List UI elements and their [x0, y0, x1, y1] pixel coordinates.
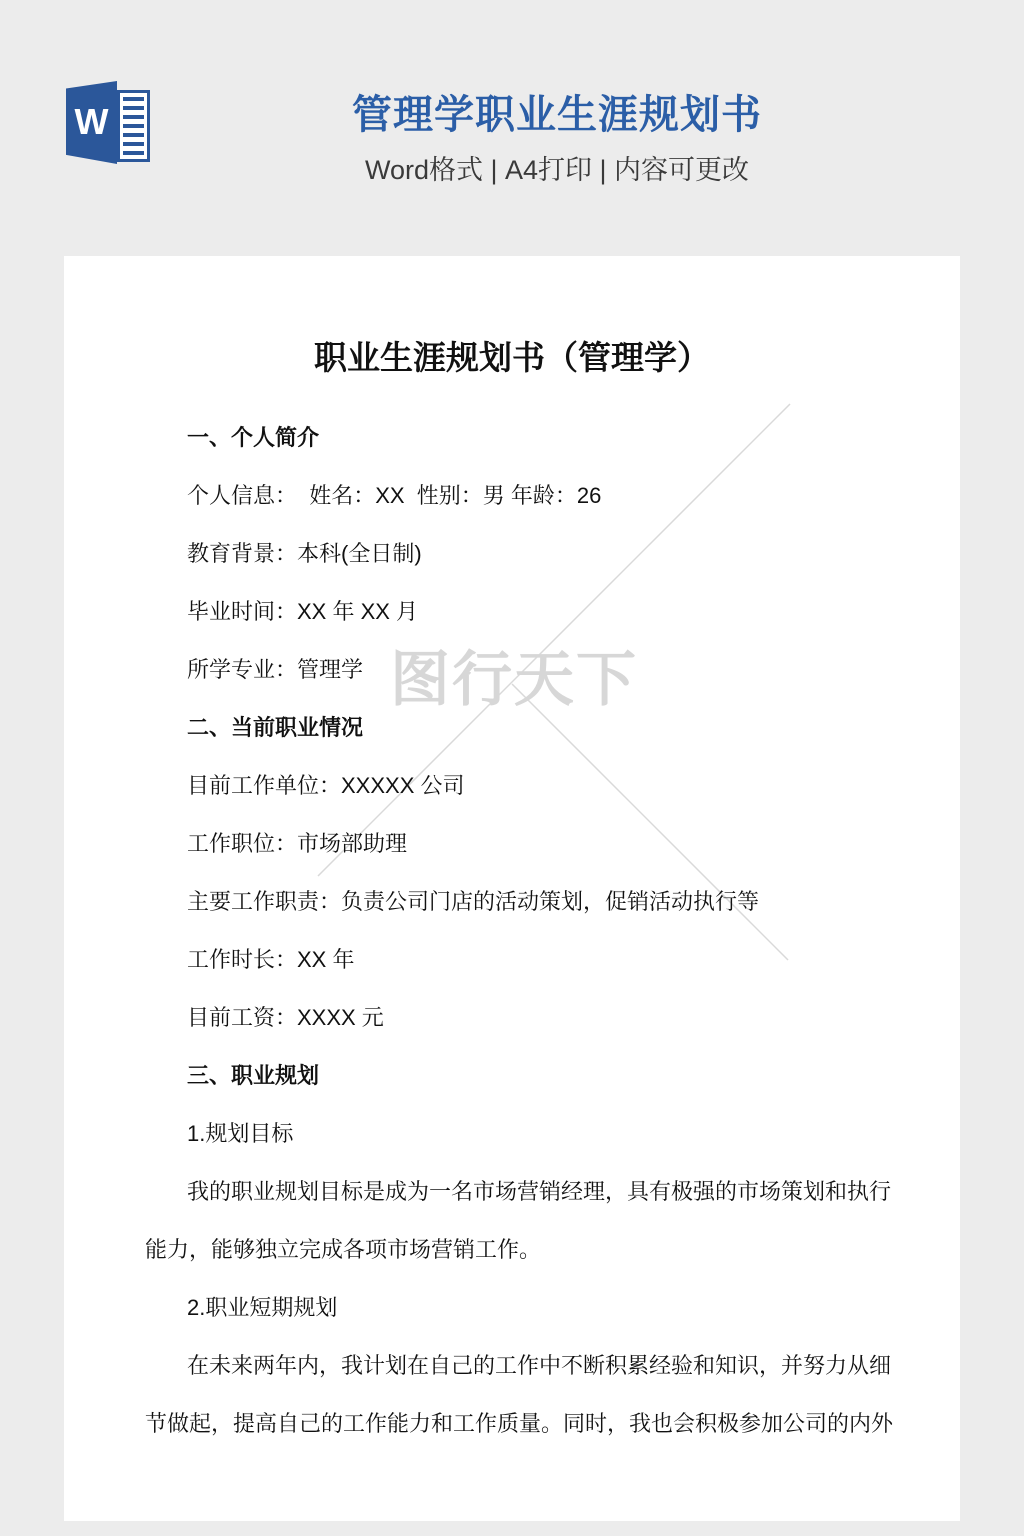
field-employer: 目前工作单位：XXXXX 公司 — [145, 757, 935, 815]
template-title: 管理学职业生涯规划书 — [90, 92, 1024, 138]
paragraph-short-term-plan: 在未来两年内，我计划在自己的工作中不断积累经验和知识，并努力从细 节做起，提高自… — [145, 1337, 935, 1453]
paragraph-career-goal: 我的职业规划目标是成为一名市场营销经理，具有极强的市场策划和执行 能力，能够独立… — [145, 1163, 935, 1279]
section-heading-current-career: 二、当前职业情况 — [145, 699, 935, 757]
section-heading-career-plan: 三、职业规划 — [145, 1047, 935, 1105]
field-job-duties: 主要工作职责：负责公司门店的活动策划，促销活动执行等 — [145, 873, 935, 931]
word-icon-letter: W — [66, 102, 117, 142]
document-page: 图行天下 职业生涯规划书（管理学） 一、个人简介 个人信息： 姓名：XX 性别：… — [64, 256, 960, 1521]
subsection-short-term-title: 2.职业短期规划 — [145, 1279, 935, 1337]
subsection-goal-title: 1.规划目标 — [145, 1105, 935, 1163]
field-work-duration: 工作时长：XX 年 — [145, 931, 935, 989]
field-graduation-date: 毕业时间：XX 年 XX 月 — [145, 583, 935, 641]
field-personal-info: 个人信息： 姓名：XX 性别：男 年龄：26 — [145, 467, 935, 525]
document-title: 职业生涯规划书（管理学） — [64, 336, 960, 380]
template-subtitle: Word格式 | A4打印 | 内容可更改 — [90, 154, 1024, 186]
field-major: 所学专业：管理学 — [145, 641, 935, 699]
section-heading-personal-intro: 一、个人简介 — [145, 409, 935, 467]
field-job-position: 工作职位：市场部助理 — [145, 815, 935, 873]
field-current-salary: 目前工资：XXXX 元 — [145, 989, 935, 1047]
field-education: 教育背景：本科(全日制) — [145, 525, 935, 583]
page-header: W 管理学职业生涯规划书 Word格式 | A4打印 | 内容可更改 — [0, 0, 1024, 256]
document-body: 一、个人简介 个人信息： 姓名：XX 性别：男 年龄：26 教育背景：本科(全日… — [145, 409, 935, 1453]
